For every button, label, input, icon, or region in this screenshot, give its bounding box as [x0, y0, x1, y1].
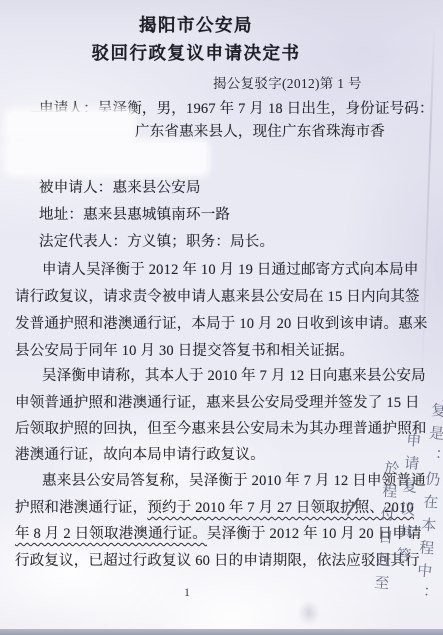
applicant-info-line2: 广东省惠来县人，现住广东省珠海市香 [135, 120, 385, 141]
redaction-block-address [8, 143, 206, 173]
scanned-document-page: 揭阳市公安局 驳回行政复议申请决定书 揭公复驳字(2012)第 1 号 申请人：… [0, 0, 443, 635]
paragraph2-line4: 港澳通行证，故向本局申请行政复议。 [15, 443, 265, 464]
paragraph3-line2-plain: 护照和港澳通行证， [15, 500, 147, 516]
underlined-passage-1: 预约于 2010 年 7 月 27 日领取护照、2010 [147, 500, 414, 516]
paragraph1-line3: 发普通护照和港澳通行证，本局于 10 月 20 日收到该申请。惠来 [15, 312, 428, 333]
paragraph2-line3: 后领取护照的回执，但至今惠来县公安局未为其办理普通护照和 [15, 417, 427, 438]
scanner-edge-strip [0, 629, 443, 635]
issuing-organization: 揭阳市公安局 [0, 12, 392, 37]
paragraph3-line2: 护照和港澳通行证，预约于 2010 年 7 月 27 日领取护照、2010 [15, 496, 414, 517]
document-number: 揭公复驳字(2012)第 1 号 [213, 72, 362, 92]
page-number: 1 [184, 585, 190, 600]
paragraph3-line1: 惠来县公安局答复称，吴泽衡于 2010 年 7 月 12 日申领普通 [42, 469, 426, 490]
respondent-line: 被申请人：惠来县公安局 [39, 176, 201, 197]
paragraph3-line4: 行政复议，已超过行政复议 60 日的申请期限，依法应驳回其行 [15, 549, 420, 570]
respondent-address-line: 地址：惠来县惠城镇南环一路 [39, 203, 230, 224]
paragraph1-line1: 申请人吴泽衡于 2012 年 10 月 19 日通过邮寄方式向本局申 [42, 258, 419, 279]
document-title: 驳回行政复议申请决定书 [0, 40, 392, 65]
paragraph1-line4: 县公安局于同年 10 月 30 日提交答复书和相关证据。 [15, 339, 354, 360]
redaction-block-id-number [8, 112, 132, 139]
paragraph3-line3: 年 8 月 2 日领取港澳通行证。吴泽衡于 2012 年 10 月 20 日申请 [15, 522, 422, 543]
paragraph1-line2: 请行政复议，请求责令被申请人惠来县公安局在 15 日内向其签 [15, 285, 420, 306]
legal-representative-line: 法定代表人：方义镇；职务：局长。 [39, 230, 274, 251]
paragraph2-line2: 申领普通护照和港澳通行证，惠来县公安局受理并签发了 15 日 [15, 391, 420, 412]
underlined-passage-2: 年 8 月 2 日领取港澳通行证。 [15, 526, 207, 542]
paragraph2-line1: 吴泽衡申请称，其本人于 2010 年 7 月 12 日向惠来县公安局 [42, 364, 426, 385]
pencil-smudge-artifact [298, 600, 320, 626]
